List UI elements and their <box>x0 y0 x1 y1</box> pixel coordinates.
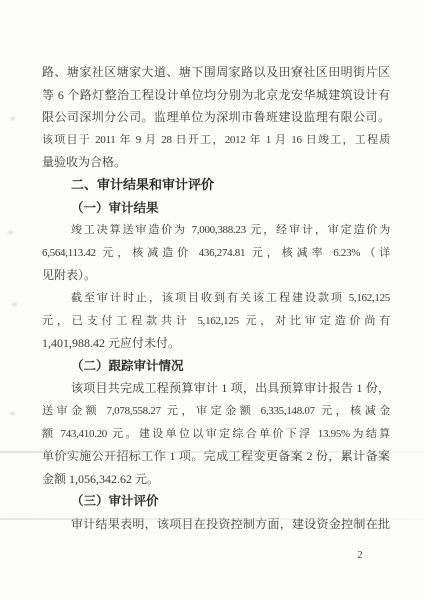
body-text-line: 元，已支付工程款共计 5,162,125 元，对比审定造价尚有 <box>42 310 390 333</box>
body-text-line: 1,401,988.42 元应付未付。 <box>42 332 390 355</box>
scan-smudge <box>12 303 17 306</box>
body-text-line: 单价实施公开招标工作 1 项。完成工程变更备案 2 份，累计备案 <box>42 445 390 468</box>
scan-smudge <box>10 412 15 415</box>
heading-audit-results-and-evaluation: 二、审计结果和审计评价 <box>42 174 390 197</box>
body-text-line: 6,564,113.42 元，核减造价 436,274.81 元，核减率 6.2… <box>42 242 390 265</box>
body-text-line: 竣工决算送审造价为 7,000,388.23 元，经审计，审定造价为 <box>42 219 390 242</box>
body-text-line: 金额 1,056,342.62 元。 <box>42 468 390 491</box>
body-text-line: 送审金额 7,078,558.27 元，审定金额 6,335,148.07 元，… <box>42 400 390 423</box>
body-text-line: 审计结果表明，该项目在投资控制方面，建设资金控制在批 <box>42 513 390 536</box>
body-text-line: 该项目共完成工程预算审计 1 项，出具预算审计报告 1 份， <box>42 377 390 400</box>
body-text-line: 路、塘家社区塘家大道、塘下围周家路以及田寮社区田明街片区 <box>42 61 390 84</box>
document-page: 路、塘家社区塘家大道、塘下围周家路以及田寮社区田明街片区 等 6 个路灯整治工程… <box>0 0 424 600</box>
scan-smudge <box>10 117 15 120</box>
body-text-line: 额 743,410.20 元。建设单位以审定综合单价下浮 13.95%为结算 <box>42 423 390 446</box>
body-text-line: 该项目于 2011 年 9 月 28 日开工，2012 年 1 月 16 日竣工… <box>42 129 390 152</box>
body-text-line: 量验收为合格。 <box>42 151 390 174</box>
page-number: 2 <box>352 549 368 561</box>
body-text-line: 截至审计时止，该项目收到有关该工程建设款项 5,162,125 <box>42 287 390 310</box>
body-text-line: 限公司深圳分公司。监理单位为深圳市鲁班建设监理有限公司。 <box>42 106 390 129</box>
subheading-audit-evaluation: （三）审计评价 <box>42 490 390 513</box>
subheading-tracking-audit: （二）跟踪审计情况 <box>42 355 390 378</box>
subheading-audit-results: （一）审计结果 <box>42 197 390 220</box>
body-text-line: 等 6 个路灯整治工程设计单位均分别为北京龙安华城建筑设计有 <box>42 84 390 107</box>
scan-smudge <box>8 231 13 234</box>
document-body: 路、塘家社区塘家大道、塘下围周家路以及田寮社区田明街片区 等 6 个路灯整治工程… <box>42 61 390 535</box>
body-text-line: 见附表）。 <box>42 264 390 287</box>
